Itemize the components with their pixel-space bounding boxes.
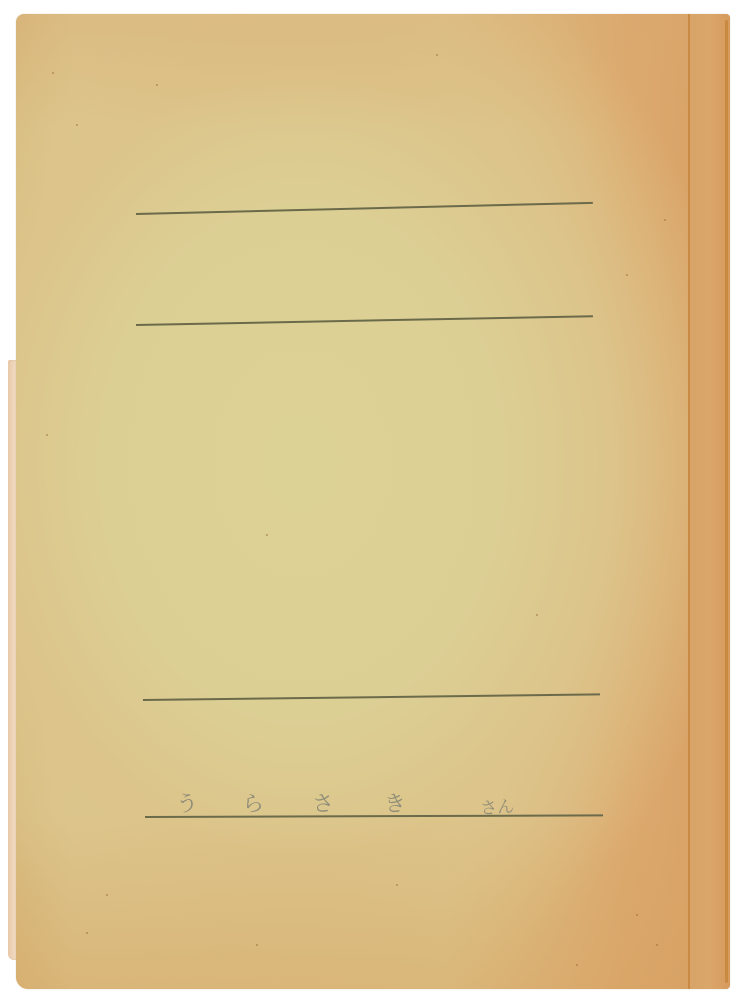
paper-speck — [626, 274, 628, 276]
paper-speck — [76, 124, 78, 126]
handwritten-char: ら — [241, 786, 265, 818]
paper-speck — [106, 894, 108, 896]
paper-speck — [576, 964, 578, 966]
paper-speck — [396, 884, 398, 886]
handwritten-char: さ — [311, 786, 335, 818]
paper-speck — [86, 932, 88, 934]
paper-speck — [156, 84, 158, 86]
paper-speck — [46, 434, 48, 436]
ruled-line-3 — [143, 693, 600, 700]
ruled-line-1 — [136, 202, 593, 215]
paper-speck — [636, 914, 638, 916]
paper-speck — [656, 944, 658, 946]
paper-speck — [266, 534, 268, 536]
paper-speck — [664, 219, 666, 221]
ruled-line-2 — [136, 315, 593, 325]
paper-speck — [536, 614, 538, 616]
handwritten-honorific: さん — [479, 792, 515, 819]
paper-speck — [52, 72, 54, 74]
handwritten-char: う — [175, 786, 199, 818]
paper-speck — [436, 54, 438, 56]
folder-cover: う ら さ き さん — [16, 14, 730, 989]
folder-spine — [688, 14, 730, 989]
paper-speck — [256, 944, 258, 946]
handwritten-char: き — [383, 786, 407, 818]
handwritten-name: う ら さ き さん — [176, 786, 596, 818]
scene: う ら さ き さん — [0, 0, 756, 1000]
